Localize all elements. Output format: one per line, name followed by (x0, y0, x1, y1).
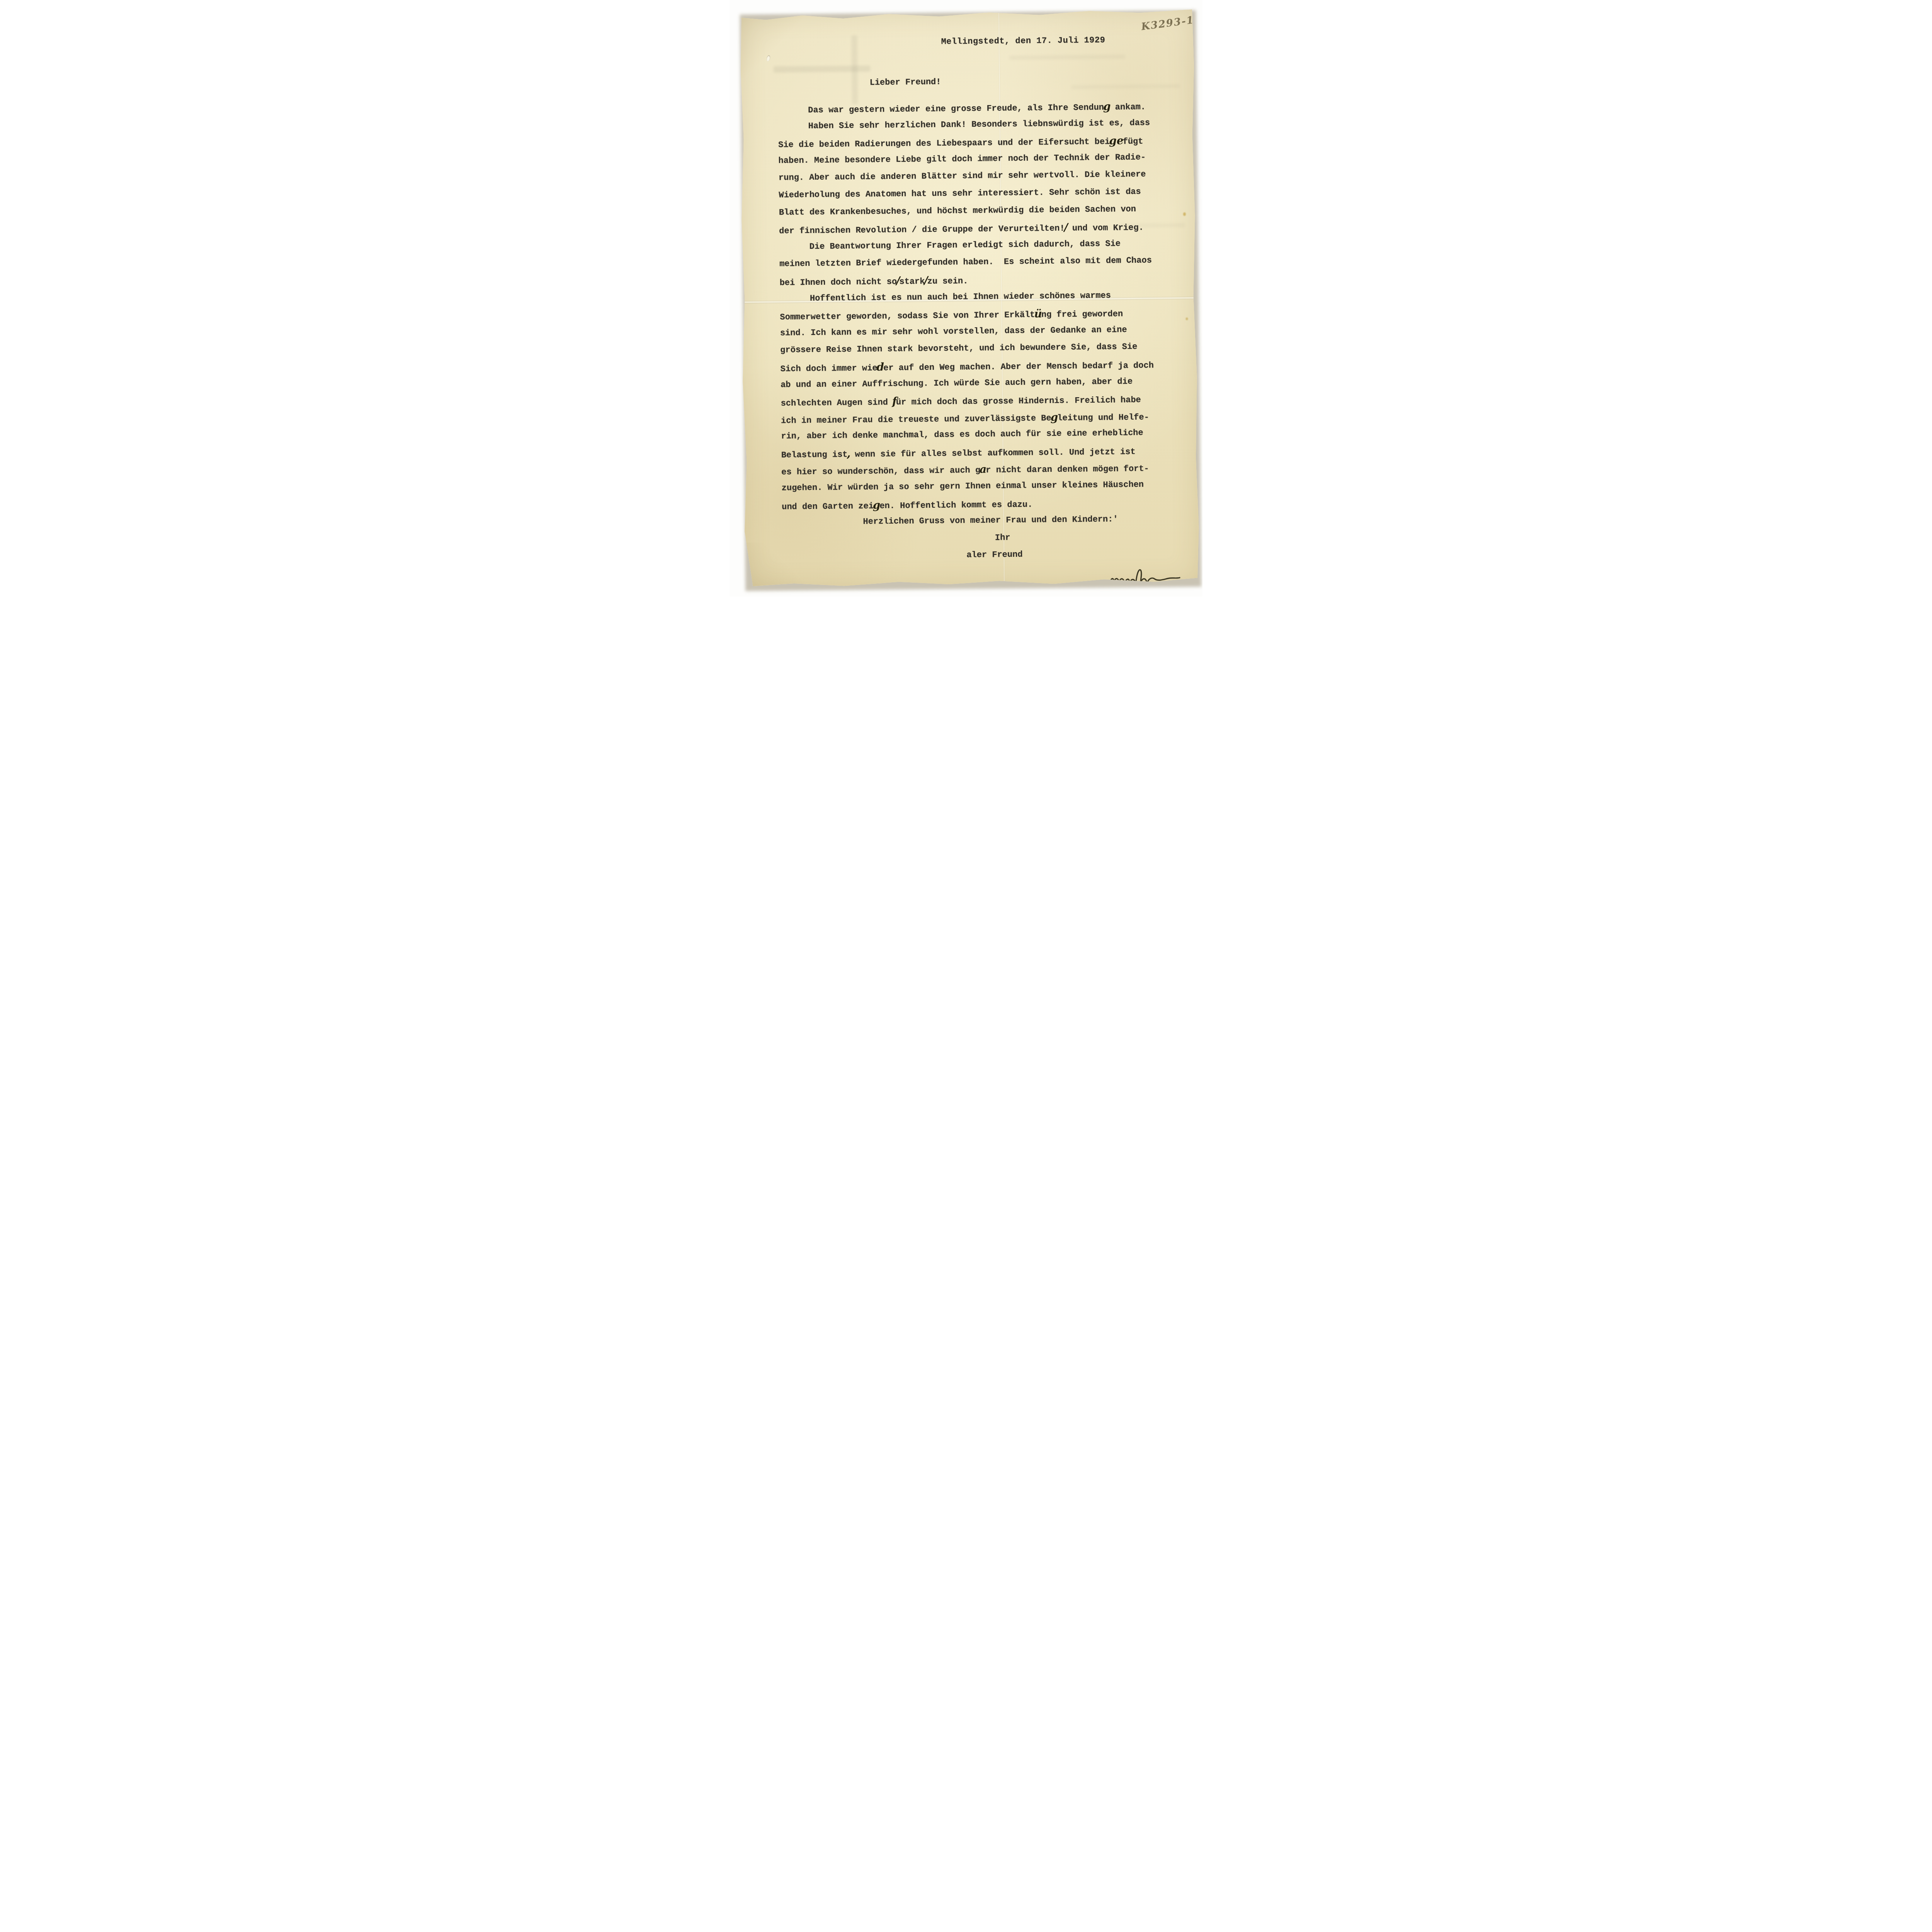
typed-text: Hoffentlich ist es nun auch bei Ihnen wi… (810, 291, 1111, 303)
typed-text: leitung und Helfe- (1057, 412, 1149, 423)
bleed-through-text (1071, 84, 1180, 89)
bleed-through-text (851, 36, 858, 104)
signature-scrawl (1105, 564, 1184, 593)
typed-text: es hier so wunderschön, dass wir auch g (781, 466, 980, 477)
typed-text: rung. Aber auch die anderen Blätter sind… (779, 170, 1146, 183)
typed-text: schlechten Augen sind (781, 398, 893, 408)
typed-text: und vom Krieg. (1067, 223, 1144, 233)
letter-paper: K3293-1 Mellingstedt, den 17. Juli 1929 … (738, 8, 1200, 589)
typed-text: sind. Ich kann es mir sehr wohl vorstell… (780, 325, 1127, 338)
typed-text: wenn sie für alles selbst aufkommen soll… (850, 447, 1136, 459)
salutation: Lieber Freund! (870, 77, 941, 88)
ink-correction: f (892, 395, 897, 408)
typed-text: zu sein. (927, 276, 968, 286)
typed-text: ich in meiner Frau die treueste und zuve… (781, 413, 1051, 426)
scanned-letter-page: K3293-1 Mellingstedt, den 17. Juli 1929 … (730, 0, 1202, 597)
typed-text: grössere Reise Ihnen stark bevorsteht, u… (780, 342, 1137, 355)
typed-text: Sich doch immer wie (781, 363, 878, 374)
ink-correction: , (847, 447, 850, 460)
letter-line: aler Freund (782, 545, 1172, 566)
typed-text: haben. Meine besondere Liebe gilt doch i… (778, 152, 1146, 165)
typed-text: aler Freund (966, 550, 1022, 560)
typed-text: rin, aber ich denke manchmal, dass es do… (781, 428, 1143, 441)
ink-correction: g (873, 498, 881, 511)
typed-text: Belastung ist (781, 450, 848, 460)
typed-text: Haben Sie sehr herzlichen Dank! Besonder… (808, 118, 1150, 131)
typed-text: meinen letzten Brief wiedergefunden habe… (779, 256, 1152, 269)
typed-text: ab und an einer Auffrischung. Ich würde … (781, 376, 1133, 389)
typed-text: Blatt des Krankenbesuches, und höchst me… (779, 204, 1136, 217)
typed-text: Das war gestern wieder eine grosse Freud… (808, 103, 1104, 115)
typed-text: r nicht daran denken mögen fort- (986, 464, 1149, 475)
typed-text: er auf den Weg machen. Aber der Mensch b… (883, 361, 1154, 373)
typed-text: Wiederholung des Anatomen hat uns sehr i… (779, 187, 1141, 200)
ink-correction: / (896, 274, 900, 287)
stain-spot (1183, 213, 1186, 216)
dateline: Mellingstedt, den 17. Juli 1929 (941, 36, 1105, 47)
stain-spot (1185, 318, 1188, 320)
typed-text: en. Hoffentlich kommt es dazu. (879, 500, 1032, 511)
typed-text: und den Garten zei (782, 501, 874, 512)
ink-correction: d (876, 361, 884, 373)
bleed-through-text (1009, 54, 1125, 60)
ink-correction: / (924, 274, 928, 287)
typed-text: bei Ihnen doch nicht so (779, 277, 897, 288)
typed-text: Herzlichen Gruss von meiner Frau und den… (863, 515, 1118, 527)
typed-text: fügt (1123, 137, 1143, 147)
typed-text: stark (899, 277, 925, 287)
letter-lines: Das war gestern wieder eine grosse Freud… (778, 97, 1173, 566)
archive-number-pencil: K3293-1 (1141, 14, 1195, 33)
ink-correction: ü (1034, 307, 1042, 320)
typed-text: ür mich doch das grosse Hindernis. Freil… (896, 395, 1141, 407)
typed-text: Die Beantwortung Ihrer Fragen erledigt s… (810, 239, 1121, 252)
ink-correction: g (1051, 410, 1058, 423)
typed-text: Sommerwetter geworden, sodass Sie von Ih… (780, 310, 1035, 322)
ink-correction: / (1064, 221, 1068, 234)
typed-text: zugehen. Wir würden ja so sehr gern Ihne… (782, 480, 1144, 493)
typed-text: ng frei geworden (1041, 309, 1123, 320)
typed-text: Ihr (995, 533, 1010, 543)
ink-correction: a (980, 463, 986, 476)
typed-text: Sie die beiden Radierungen des Liebespaa… (778, 137, 1110, 150)
typed-text: ankam. (1110, 102, 1146, 112)
ink-correction: g (1103, 100, 1111, 112)
typed-text: der finnischen Revolution / die Gruppe d… (779, 224, 1065, 236)
ink-correction: ge (1109, 134, 1124, 147)
